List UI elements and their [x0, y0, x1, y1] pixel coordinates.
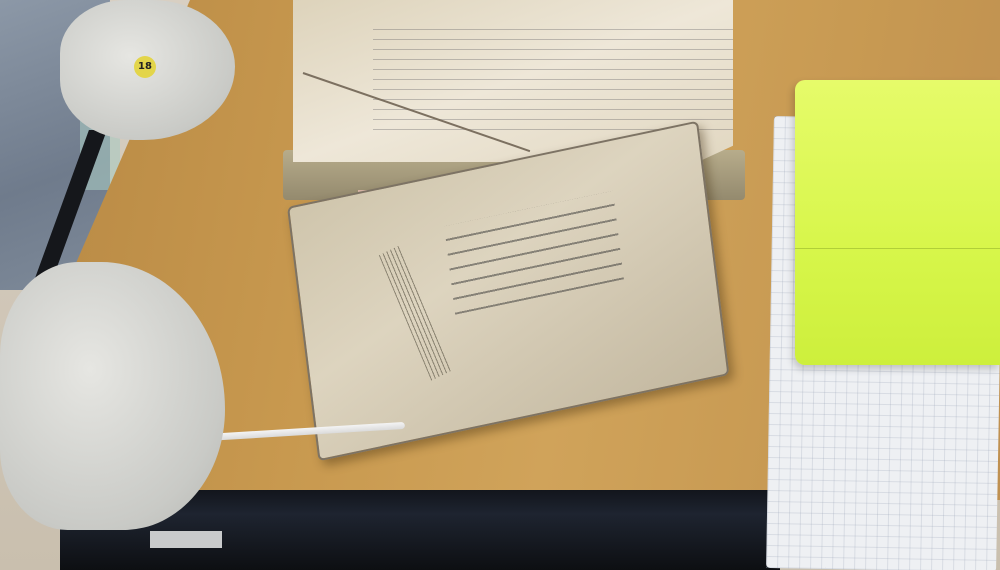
booklet-vertical-script [444, 191, 624, 315]
handwritten-lines [373, 20, 733, 130]
tube-cap: 18 [134, 56, 156, 78]
green-box-lid-line [795, 248, 1000, 249]
photo-scene: 18 [0, 0, 1000, 570]
green-box [795, 80, 1000, 365]
table-label-sticker [150, 531, 222, 548]
booklet-stripe [379, 245, 452, 380]
